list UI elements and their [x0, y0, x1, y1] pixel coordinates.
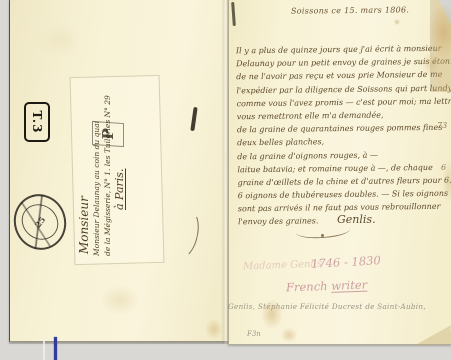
margin-mark: 73	[437, 121, 447, 130]
address-line-salutation: Monsieur	[77, 80, 91, 254]
descriptor-prefix: French	[286, 279, 332, 295]
signature-flourish-dot	[321, 234, 324, 237]
body-line: comme vous l'avez promis — c'est pour mo…	[237, 94, 449, 110]
address-block: Monsieur Monsieur Delaunay au coin du qu…	[77, 80, 159, 256]
sheet-edge-shadow	[9, 341, 228, 344]
descriptor-underlined: writer	[331, 278, 367, 293]
address-line-recipient: Monsieur Delaunay au coin du quai	[91, 80, 102, 256]
white-streak	[43, 338, 45, 360]
address-leaf: Monsieur Monsieur Delaunay au coin du qu…	[9, 0, 229, 342]
address-line-street: de la Mégisserie, N° 1. les Tuileries N°…	[102, 80, 113, 256]
fold-crease	[221, 0, 229, 344]
margin-mark: 6	[441, 163, 446, 172]
postmark-inner-ring: 25	[15, 197, 66, 247]
pencil-annotation-full-name: Genlis, Stéphanie Félicité Ducrest de Sa…	[228, 302, 426, 311]
catalog-mark: F3n	[247, 330, 261, 338]
postal-rate-stamp-icon: T.3	[24, 102, 50, 142]
paid-stamp-icon: P	[92, 121, 124, 147]
pencil-annotation-descriptor: French writer	[286, 278, 368, 295]
ink-show-through-flourish	[169, 208, 202, 260]
blue-pen-mark	[54, 337, 57, 360]
circular-postmark-icon: 25	[7, 187, 74, 256]
ink-smudge	[190, 107, 197, 131]
scanned-letter-document: Monsieur Monsieur Delaunay au coin du qu…	[0, 0, 451, 360]
dateline: Soissons ce 15. mars 1806.	[291, 5, 409, 15]
letter-body: Il y a plus de quinze jours que j'ai écr…	[236, 42, 450, 229]
